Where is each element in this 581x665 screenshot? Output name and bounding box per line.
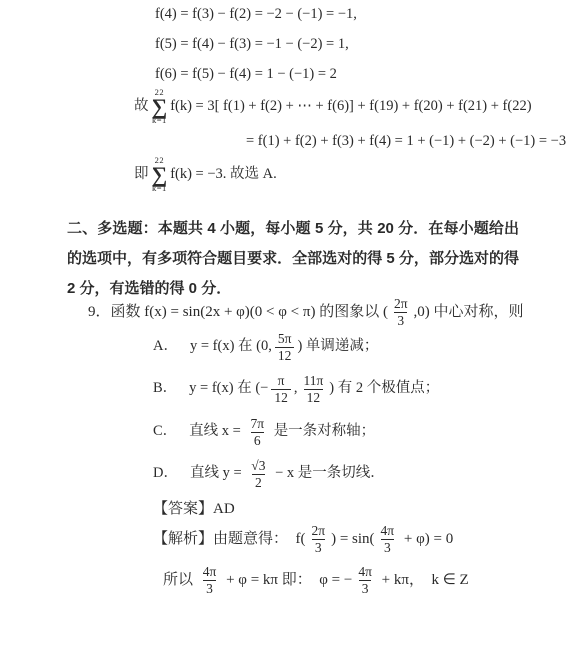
option-c-label: C． <box>153 423 177 440</box>
fraction: 4π 3 <box>200 564 220 596</box>
option-c: C． 直线 x = 7π 6 是一条对称轴； <box>153 416 375 448</box>
fraction-numerator: 2π <box>309 523 329 539</box>
fraction-numerator: 4π <box>355 564 375 580</box>
fraction-numerator: 4π <box>200 564 220 580</box>
option-a: A． y = f(x) 在 (0, 5π 12 ) 单调递减； <box>153 331 378 363</box>
option-b-post: ) 有 2 个极值点； <box>329 380 439 397</box>
formula-sum-continued: = f(1) + f(2) + f(3) + f(4) = 1 + (−1) +… <box>246 133 566 150</box>
analysis-line: 【解析】由题意得： f( 2π 3 ) = sin( 4π 3 + φ) = 0 <box>153 523 453 555</box>
question-stem-post: ,0) 中心对称，则 <box>414 303 524 321</box>
option-a-post: ) 单调递减； <box>297 338 378 355</box>
fraction-numerator: 11π <box>300 373 326 389</box>
fraction-numerator: 4π <box>378 523 398 539</box>
option-d-label: D． <box>153 465 178 482</box>
sum-lower-limit: k=1 <box>152 116 167 125</box>
analysis-pre: 【解析】由题意得： f( <box>153 530 306 548</box>
formula-f5: f(5) = f(4) − f(3) = −1 − (−2) = 1, <box>155 36 349 53</box>
fraction-denominator: 12 <box>275 347 295 364</box>
fraction: 2π 3 <box>391 296 411 328</box>
sum-lower-limit: k=1 <box>152 184 167 193</box>
sum-result-prefix-text: 即 <box>134 166 149 183</box>
formula-sum-expansion: 故 22 ∑ k=1 f(k) = 3[ f(1) + f(2) + ⋯ + f… <box>134 88 532 125</box>
option-b-mid: , <box>294 380 298 397</box>
answer-line: 【答案】AD <box>153 500 235 518</box>
fraction: 4π 3 <box>355 564 375 596</box>
summation-icon: 22 ∑ k=1 <box>152 156 168 193</box>
fraction-numerator: 7π <box>247 416 267 432</box>
sum-expansion-body: f(k) = 3[ f(1) + f(2) + ⋯ + f(6)] + f(19… <box>170 98 531 115</box>
fraction-denominator: 6 <box>251 432 264 449</box>
sigma-glyph: ∑ <box>152 165 168 185</box>
option-a-pre: y = f(x) 在 (0, <box>190 338 272 355</box>
fraction-denominator: 3 <box>394 312 407 329</box>
fraction-numerator: 2π <box>391 296 411 312</box>
fraction: 2π 3 <box>309 523 329 555</box>
fraction-denominator: 3 <box>381 539 394 556</box>
sum-prefix-text: 故 <box>134 98 149 115</box>
question-stem-pre: 9．函数 f(x) = sin(2x + φ)(0 < φ < π) 的图象以 … <box>88 303 388 321</box>
fraction: π 12 <box>271 373 291 405</box>
fraction-denominator: 3 <box>359 580 372 597</box>
fraction-denominator: 12 <box>304 389 324 406</box>
fraction: √3 2 <box>248 458 268 490</box>
question-9-stem: 9．函数 f(x) = sin(2x + φ)(0 < φ < π) 的图象以 … <box>88 296 524 328</box>
formula-f4: f(4) = f(3) − f(2) = −2 − (−1) = −1, <box>155 6 357 23</box>
fraction: 11π 12 <box>300 373 326 405</box>
sigma-glyph: ∑ <box>152 97 168 117</box>
analysis-mid: ) = sin( <box>331 530 374 548</box>
formula-f6: f(6) = f(5) − f(4) = 1 − (−1) = 2 <box>155 66 337 83</box>
option-c-pre: 直线 x = <box>189 423 244 440</box>
conclusion-post: + kπ， k ∈ Z <box>378 571 469 589</box>
section-heading-multiple-choice: 二、多选题：本题共 4 小题，每小题 5 分，共 20 分．在每小题给出的选项中… <box>67 214 519 304</box>
option-c-post: 是一条对称轴； <box>270 423 375 440</box>
fraction-numerator: √3 <box>248 458 268 474</box>
option-d-pre: 直线 y = <box>190 465 245 482</box>
fraction: 7π 6 <box>247 416 267 448</box>
option-b-pre: y = f(x) 在 (− <box>189 380 268 397</box>
fraction-denominator: 3 <box>312 539 325 556</box>
conclusion-line: 所以 4π 3 + φ = kπ 即： φ = − 4π 3 + kπ， k ∈… <box>163 564 469 596</box>
option-b: B． y = f(x) 在 (− π 12 , 11π 12 ) 有 2 个极值… <box>153 373 439 405</box>
fraction-numerator: π <box>275 373 288 389</box>
option-a-label: A． <box>153 338 178 355</box>
fraction-denominator: 2 <box>252 474 265 491</box>
formula-sum-result: 即 22 ∑ k=1 f(k) = −3. 故选 A. <box>134 156 277 193</box>
option-d: D． 直线 y = √3 2 − x 是一条切线． <box>153 458 385 490</box>
fraction-numerator: 5π <box>275 331 295 347</box>
option-d-post: − x 是一条切线． <box>271 465 384 482</box>
analysis-post: + φ) = 0 <box>400 530 453 548</box>
conclusion-mid: + φ = kπ 即： φ = − <box>222 571 352 589</box>
summation-icon: 22 ∑ k=1 <box>152 88 168 125</box>
fraction-denominator: 12 <box>271 389 291 406</box>
sum-result-body: f(k) = −3. 故选 A. <box>170 166 277 183</box>
fraction-denominator: 3 <box>203 580 216 597</box>
option-b-label: B． <box>153 380 177 397</box>
conclusion-pre: 所以 <box>163 571 197 589</box>
document-page: f(4) = f(3) − f(2) = −2 − (−1) = −1, f(5… <box>0 0 581 665</box>
fraction: 4π 3 <box>378 523 398 555</box>
fraction: 5π 12 <box>275 331 295 363</box>
